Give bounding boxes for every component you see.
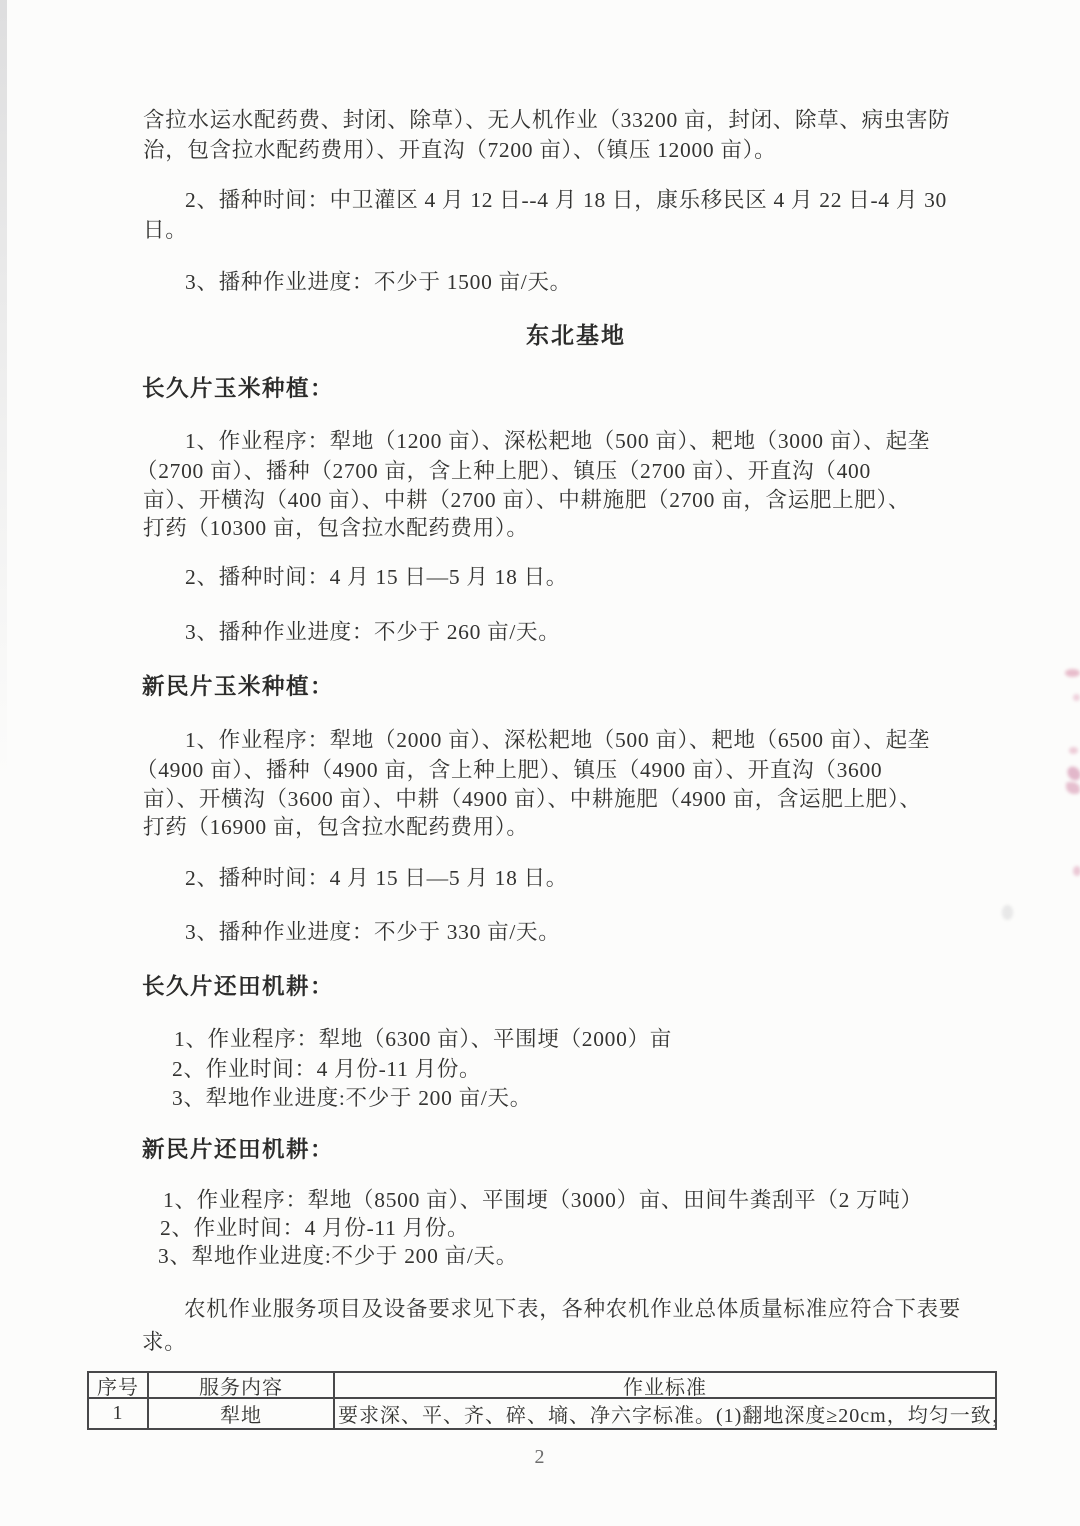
section-title: 新民片玉米种植： [142,669,334,701]
paragraph-line: 打药（10300 亩，包含拉水配药费用）。 [143,511,529,542]
list-item-line: 3、播种作业进度：不少于 330 亩/天。 [185,915,560,946]
paragraph-line: 治，包含拉水配药费用）、开直沟（7200 亩）、（镇压 12000 亩）。 [143,133,776,164]
scan-mark [1066,782,1080,794]
table-row: 1 犁地 要求深、平、齐、碎、墒、净六字标准。(1)翻地深度≥20cm，均匀一致… [89,1399,995,1428]
table-cell-index: 1 [89,1399,149,1428]
list-item-line: 2、播种时间：中卫灌区 4 月 12 日--4 月 18 日，康乐移民区 4 月… [185,183,947,214]
paragraph-line: 1、作业程序：犁地（1200 亩）、深松耙地（500 亩）、耙地（3000 亩）… [185,424,930,455]
paragraph-line: 亩）、开横沟（400 亩）、中耕（2700 亩）、中耕施肥（2700 亩，含运肥… [143,483,910,514]
paragraph-line: （4900 亩）、播种（4900 亩，含上种上肥）、镇压（4900 亩）、开直沟… [136,753,882,784]
table-cell-standard: 要求深、平、齐、碎、墒、净六字标准。(1)翻地深度≥20cm，均匀一致，误差≤ [335,1399,995,1428]
scan-edge-shadow [0,0,7,780]
scan-mark [1065,669,1080,677]
list-item-line: 3、播种作业进度：不少于 260 亩/天。 [185,615,560,646]
section-title: 长久片还田机耕： [142,969,334,1001]
section-title: 新民片还田机耕： [142,1132,334,1164]
paragraph-line: 打药（16900 亩，包含拉水配药费用）。 [143,810,529,841]
paragraph-line: 含拉水运水配药费、封闭、除草）、无人机作业（33200 亩，封闭、除草、病虫害防 [143,103,950,134]
list-item-line: 2、作业时间：4 月份-11 月份。 [172,1052,481,1083]
scan-mark [1073,866,1080,876]
table-header-standard: 作业标准 [335,1373,995,1397]
paragraph-line: 亩）、开横沟（3600 亩）、中耕（4900 亩）、中耕施肥（4900 亩，含运… [143,782,922,813]
scan-mark [1073,694,1080,701]
scan-mark [1069,747,1078,754]
service-standards-table: 序号 服务内容 作业标准 1 犁地 要求深、平、齐、碎、墒、净六字标准。(1)翻… [87,1371,997,1430]
list-item-line: 日。 [143,213,187,244]
scan-mark [1065,764,1080,783]
list-item-line: 1、作业程序：犁地（6300 亩）、平围埂（2000）亩 [174,1022,672,1053]
scan-mark [1002,905,1013,920]
paragraph-line: （2700 亩）、播种（2700 亩，含上种上肥）、镇压（2700 亩）、开直沟… [136,454,871,485]
table-cell-service: 犁地 [149,1399,335,1428]
page-number: 2 [0,1446,1080,1469]
list-item-line: 2、播种时间：4 月 15 日—5 月 18 日。 [185,560,568,591]
table-header-index: 序号 [89,1373,149,1397]
table-header-service: 服务内容 [149,1373,335,1397]
paragraph-line: 农机作业服务项目及设备要求见下表，各种农机作业总体质量标准应符合下表要 [184,1292,961,1323]
list-item-line: 3、犁地作业进度:不少于 200 亩/天。 [158,1239,518,1270]
section-heading-northeast-base: 东北基地 [526,317,626,350]
list-item-line: 2、播种时间：4 月 15 日—5 月 18 日。 [185,861,568,892]
paragraph-line: 1、作业程序：犁地（2000 亩）、深松耙地（500 亩）、耙地（6500 亩）… [185,723,930,754]
paragraph-line: 求。 [142,1325,186,1356]
table-header-row: 序号 服务内容 作业标准 [89,1373,995,1399]
section-title: 长久片玉米种植： [142,371,334,403]
document-page: 含拉水运水配药费、封闭、除草）、无人机作业（33200 亩，封闭、除草、病虫害防… [0,0,1080,1526]
list-item-line: 3、播种作业进度：不少于 1500 亩/天。 [185,265,572,296]
list-item-line: 1、作业程序：犁地（8500 亩）、平围埂（3000）亩、田间牛粪刮平（2 万吨… [163,1183,923,1214]
list-item-line: 2、作业时间：4 月份-11 月份。 [160,1211,469,1242]
list-item-line: 3、犁地作业进度:不少于 200 亩/天。 [172,1081,532,1112]
